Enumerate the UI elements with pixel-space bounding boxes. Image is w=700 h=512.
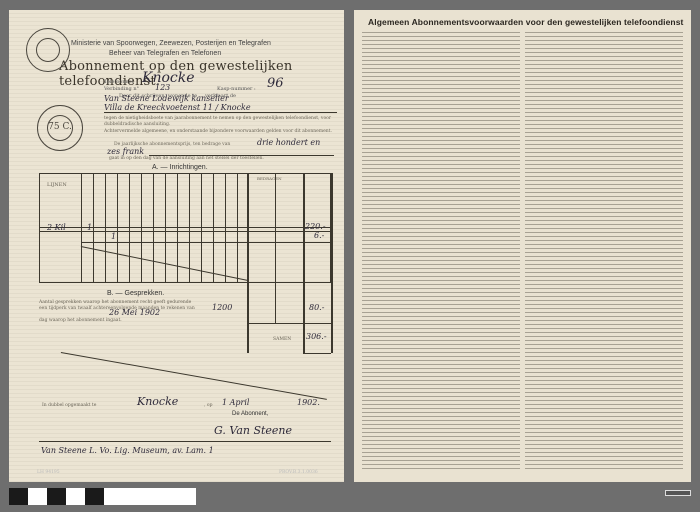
scale-ruler <box>665 490 691 496</box>
section-b-amount: 80.- <box>309 303 324 312</box>
section-b-count: 1200 <box>212 303 232 312</box>
subscription-form-page: Ministerie van Spoorwegen, Zeewezen, Pos… <box>9 10 344 482</box>
margin-code-left: LH 94195 <box>37 470 60 476</box>
table-row-line <box>81 242 331 243</box>
conditions-column-left <box>362 30 520 472</box>
table-header-line <box>39 227 331 228</box>
total-label: SAMEN <box>273 337 291 343</box>
annual-value: drie hondert en <box>257 138 320 147</box>
row2-amount: 6.- <box>314 231 324 240</box>
abonnent-label: De Abonnent, <box>232 411 268 417</box>
place-value: Knocke <box>137 395 178 408</box>
section-a-title: A. — Inrichtingen. <box>152 164 208 171</box>
telefoonnet-label: Telefoonnet <box>104 79 134 85</box>
annual-value-2: zes frank <box>107 147 144 156</box>
department-header: Beheer van Telegrafen en Telefonen <box>109 50 221 57</box>
terms-text-1: tegen de nietigheidsboete van jaarabonne… <box>104 116 336 128</box>
section-b-date: 26 Mei 1902 <box>109 308 160 317</box>
row1-lijn: 2 Kil <box>47 223 66 232</box>
address-line <box>104 112 337 113</box>
kaspnummer-value: 96 <box>267 76 284 91</box>
fiscal-stamp: 75 C. <box>37 105 83 151</box>
table-row-line <box>39 231 331 232</box>
ministry-header: Ministerie van Spoorwegen, Zeewezen, Pos… <box>71 40 271 47</box>
made-label: In dubbel opgemaakt te <box>42 403 96 409</box>
name-value: Van Steene Lodewijk kanselier <box>104 94 229 103</box>
year-value: 1902. <box>297 398 320 407</box>
kaspnummer-label: Kasp-nummer : <box>217 86 256 92</box>
footer-note: Van Steene L. Vo. Lig. Museum, av. Lam. … <box>41 446 214 455</box>
color-scale-bar <box>9 488 196 505</box>
verbinding-label: Verbinding n° <box>104 86 139 92</box>
section-b-tail: dag waarop het abonnement ingaat. <box>39 318 122 324</box>
annual-tail: gaat in op den dag van de aansluiting aa… <box>109 156 264 162</box>
verbinding-value: 123 <box>155 83 170 92</box>
terms-text-2: Achtervermelde algemeene, en onderstaand… <box>104 129 336 135</box>
general-conditions-page: Algemeen Abonnementsvoorwaarden voor den… <box>354 10 691 482</box>
row1-col1: 1 <box>87 223 92 232</box>
margin-code-right: PROV.B.3.1.0036 <box>279 470 318 476</box>
form-title: Abonnement op den gewestelijken telefoon… <box>59 59 344 89</box>
conditions-column-right <box>525 30 683 472</box>
signature: G. Van Steene <box>214 424 292 437</box>
row1-amount: 220.- <box>305 222 326 231</box>
total-value: 306.- <box>306 332 327 341</box>
address-value: Villa de Kreeckvoetenst 11 / Knocke <box>104 103 251 112</box>
strike-diagonal-2 <box>61 352 327 400</box>
section-b-title: B. — Gesprekken. <box>107 290 164 297</box>
lijnen-header: LIJNEN <box>47 182 67 188</box>
conditions-title: Algemeen Abonnementsvoorwaarden voor den… <box>368 17 683 27</box>
row2-col3: 1 <box>111 232 116 241</box>
bedragen-header: BEDRAGEN <box>257 176 282 182</box>
op-label: , op <box>204 403 212 409</box>
date-value: 1 April <box>222 398 249 407</box>
